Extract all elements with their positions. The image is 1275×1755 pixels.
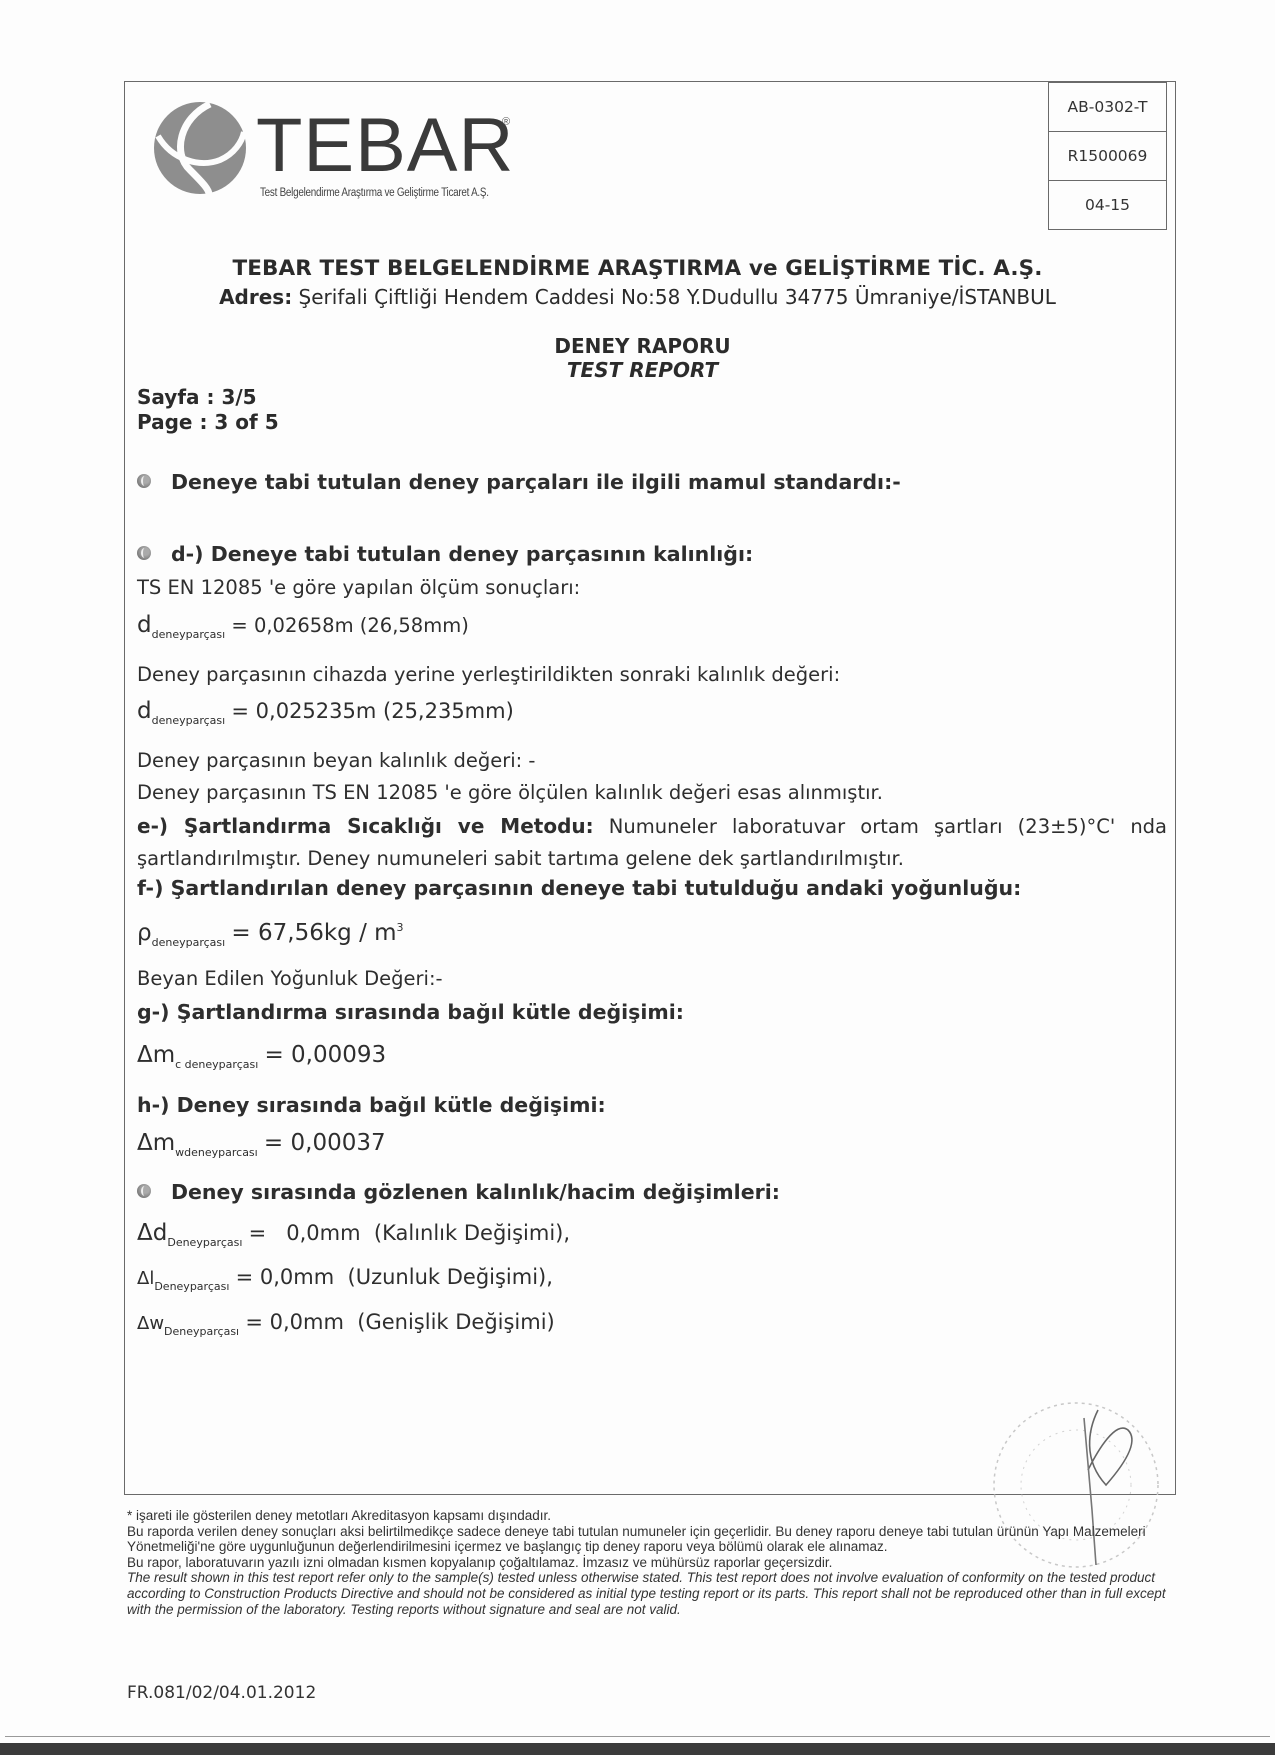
conditioning-mass-change: Δmc deneyparçası = 0,00093 <box>137 1042 386 1068</box>
logo-wordmark: TEBAR <box>256 108 514 184</box>
revision-date: 04-15 <box>1049 181 1166 229</box>
form-number: FR.081/02/04.01.2012 <box>127 1683 316 1703</box>
section-d-intro: TS EN 12085 'e göre yapılan ölçüm sonuçl… <box>137 576 580 599</box>
footer-notes: * işareti ile gösterilen deney metotları… <box>127 1508 1172 1617</box>
section-e: e-) Şartlandırma Sıcaklığı ve Metodu: Nu… <box>137 810 1167 875</box>
report-title: DENEY RAPORU <box>0 334 1275 358</box>
thickness-basis: Deney parçasının TS EN 12085 'e göre ölç… <box>137 781 883 804</box>
scan-edge-line <box>5 1736 1270 1737</box>
globe-logo-icon <box>150 98 250 198</box>
address-value: Şerifali Çiftliği Hendem Caddesi No:58 Y… <box>292 285 1056 309</box>
width-change: ΔwDeneyparçası = 0,0mm (Genişlik Değişim… <box>137 1310 555 1334</box>
standard-heading: Deneye tabi tutulan deney parçaları ile … <box>137 470 901 494</box>
section-g-heading: g-) Şartlandırma sırasında bağıl kütle d… <box>137 1000 684 1024</box>
globe-bullet-icon <box>137 474 151 488</box>
accreditation-note: * işareti ile gösterilen deney metotları… <box>127 1508 1172 1524</box>
page-number-en: Page : 3 of 5 <box>137 410 279 434</box>
density-value: ρdeneyparçası = 67,56kg / m3 <box>137 920 404 946</box>
section-h-heading: h-) Deney sırasında bağıl kütle değişimi… <box>137 1093 606 1117</box>
validity-note: Bu raporda verilen deney sonuçları aksi … <box>127 1524 1172 1555</box>
measured-thickness: ddeneyparçası = 0,02658m (26,58mm) <box>137 612 469 638</box>
registered-mark: ® <box>502 116 510 128</box>
globe-bullet-icon <box>137 1184 151 1198</box>
tebar-logo: TEBAR ® Test Belgelendirme Araştırma ve … <box>150 98 570 208</box>
copy-note: Bu rapor, laboratuvarın yazılı izni olma… <box>127 1555 1172 1571</box>
changes-heading: Deney sırasında gözlenen kalınlık/hacim … <box>137 1180 780 1204</box>
scan-edge-band <box>0 1743 1275 1755</box>
company-address: Adres: Şerifali Çiftliği Hendem Caddesi … <box>0 285 1275 309</box>
english-disclaimer: The result shown in this test report ref… <box>127 1570 1172 1617</box>
section-f-heading: f-) Şartlandırılan deney parçasının dene… <box>137 876 1021 900</box>
page-number-tr: Sayfa : 3/5 <box>137 385 257 409</box>
section-e-heading: e-) Şartlandırma Sıcaklığı ve Metodu: <box>137 814 594 838</box>
thickness-change: ΔdDeneyparçası = 0,0mm (Kalınlık Değişim… <box>137 1220 570 1246</box>
declared-density: Beyan Edilen Yoğunluk Değeri:- <box>137 967 443 990</box>
length-change: ΔlDeneyparçası = 0,0mm (Uzunluk Değişimi… <box>137 1265 553 1289</box>
document-code-table: AB-0302-T R1500069 04-15 <box>1048 82 1167 230</box>
report-subtitle: TEST REPORT <box>0 358 1275 382</box>
test-mass-change: Δmwdeneyparcası = 0,00037 <box>137 1130 386 1156</box>
after-placement-thickness: ddeneyparçası = 0,025235m (25,235mm) <box>137 698 514 724</box>
declared-thickness: Deney parçasının beyan kalınlık değeri: … <box>137 749 535 772</box>
address-label: Adres: <box>219 285 292 309</box>
section-d-heading: d-) Deneye tabi tutulan deney parçasının… <box>137 542 753 566</box>
after-placement-label: Deney parçasının cihazda yerine yerleşti… <box>137 663 840 686</box>
company-name: TEBAR TEST BELGELENDİRME ARAŞTIRMA ve GE… <box>0 256 1275 281</box>
globe-bullet-icon <box>137 546 151 560</box>
doc-code: AB-0302-T <box>1049 83 1166 132</box>
logo-subtitle: Test Belgelendirme Araştırma ve Geliştir… <box>260 187 489 199</box>
report-number: R1500069 <box>1049 132 1166 181</box>
